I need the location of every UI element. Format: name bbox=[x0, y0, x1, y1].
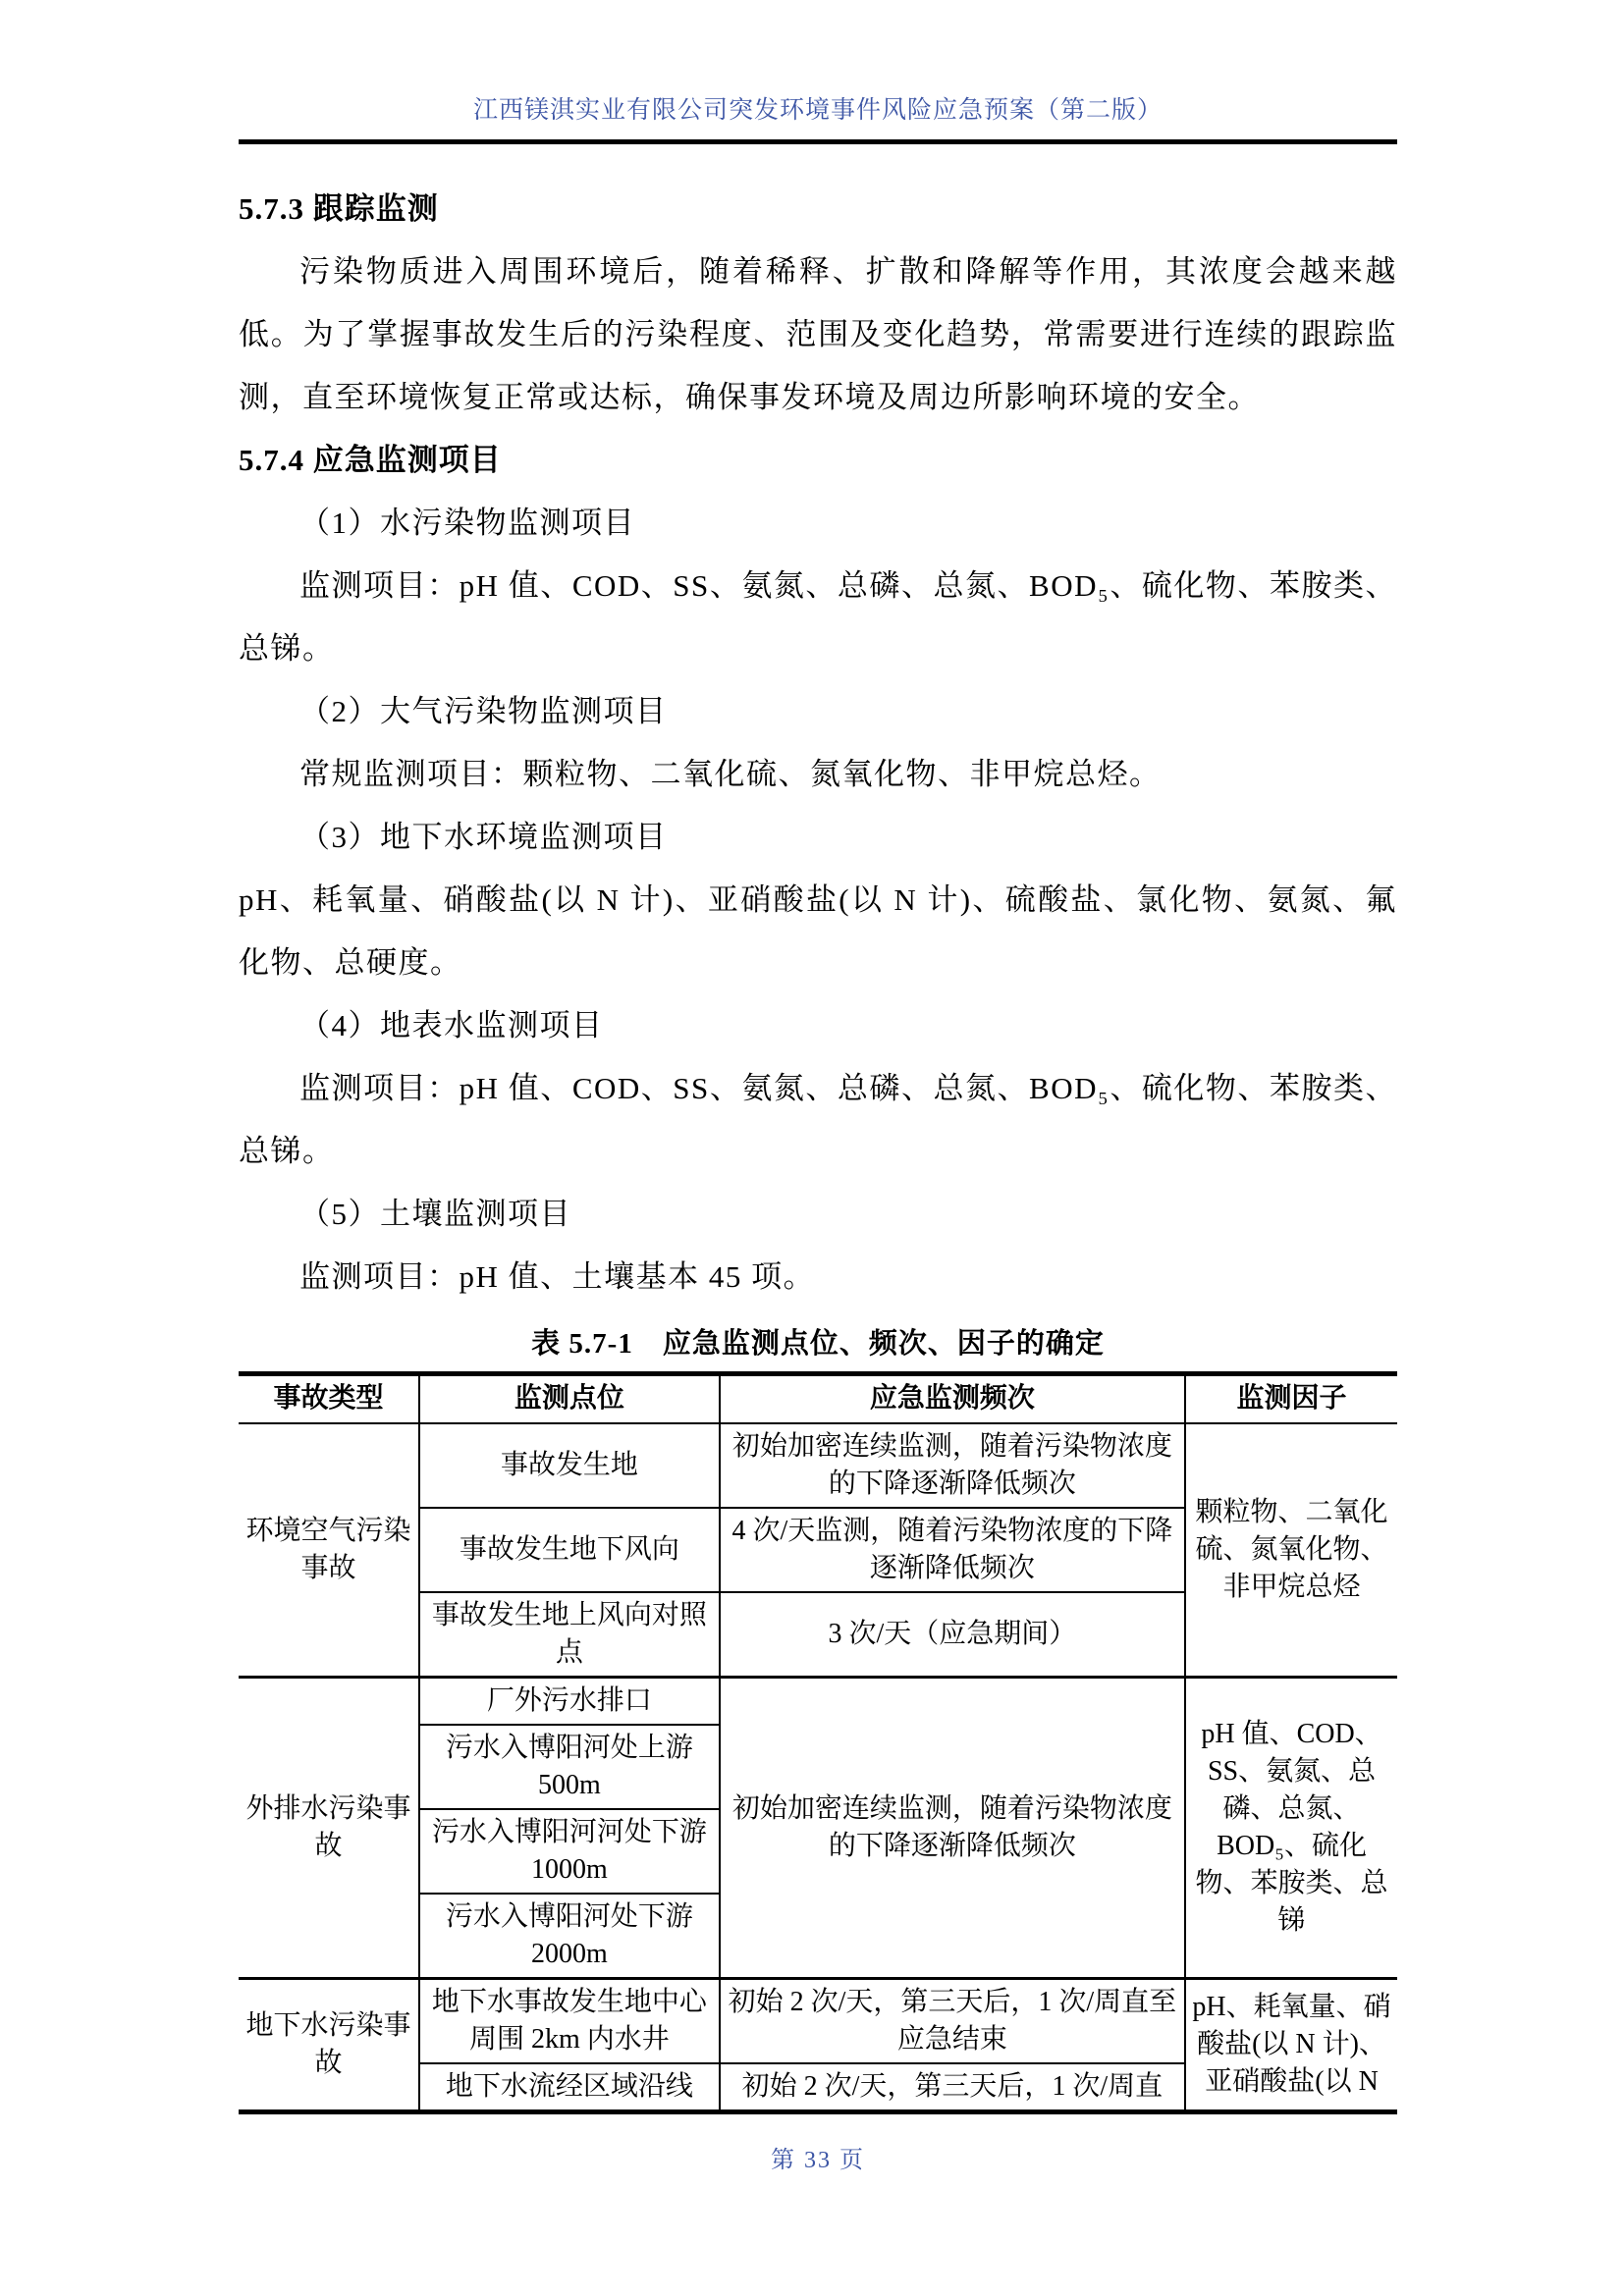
cell-point: 地下水事故发生地中心周围 2km 内水井 bbox=[419, 1979, 720, 2064]
cell-factor-air: 颗粒物、二氧化硫、氮氧化物、非甲烷总烃 bbox=[1185, 1423, 1397, 1678]
item-3-detail: pH、耗氧量、硝酸盐(以 N 计)、亚硝酸盐(以 N 计)、硫酸盐、氯化物、氨氮… bbox=[239, 869, 1397, 994]
document-body: 5.7.3 跟踪监测 污染物质进入周围环境后，随着稀释、扩散和降解等作用，其浓度… bbox=[239, 178, 1397, 2114]
cell-factor-groundwater: pH、耗氧量、硝酸盐(以 N 计)、亚硝酸盐(以 N bbox=[1185, 1979, 1397, 2112]
item-1-label: （1）水污染物监测项目 bbox=[239, 492, 1397, 555]
header-title: 江西镁淇实业有限公司突发环境事件风险应急预案（第二版） bbox=[239, 94, 1397, 128]
table-caption: 表 5.7-1 应急监测点位、频次、因子的确定 bbox=[239, 1316, 1397, 1371]
cell-point: 事故发生地 bbox=[419, 1423, 720, 1508]
col-header-accident-type: 事故类型 bbox=[239, 1374, 419, 1423]
cell-factor-wastewater: pH 值、COD、SS、氨氮、总磷、总氮、BOD₅、硫化物、苯胺类、总锑 bbox=[1185, 1677, 1397, 1979]
item-5-detail: 监测项目：pH 值、土壤基本 45 项。 bbox=[239, 1246, 1397, 1308]
document-page: 江西镁淇实业有限公司突发环境事件风险应急预案（第二版） 5.7.3 跟踪监测 污… bbox=[0, 0, 1624, 2296]
col-header-frequency: 应急监测频次 bbox=[720, 1374, 1185, 1423]
cell-frequency: 3 次/天（应急期间） bbox=[720, 1592, 1185, 1678]
cell-point: 厂外污水排口 bbox=[419, 1677, 720, 1725]
page-footer: 第 33 页 bbox=[239, 2140, 1397, 2174]
header-rule bbox=[239, 139, 1397, 144]
cell-frequency: 初始加密连续监测，随着污染物浓度的下降逐渐降低频次 bbox=[720, 1423, 1185, 1508]
cell-point: 事故发生地下风向 bbox=[419, 1508, 720, 1592]
cell-frequency: 初始 2 次/天，第三天后，1 次/周直 bbox=[720, 2063, 1185, 2112]
cell-point: 污水入博阳河河处下游 1000m bbox=[419, 1809, 720, 1894]
cell-accident-type-wastewater: 外排水污染事故 bbox=[239, 1677, 419, 1979]
cell-frequency: 初始 2 次/天，第三天后，1 次/周直至应急结束 bbox=[720, 1979, 1185, 2064]
section-heading-5-7-3: 5.7.3 跟踪监测 bbox=[239, 178, 1397, 240]
col-header-factor: 监测因子 bbox=[1185, 1374, 1397, 1423]
paragraph-tracking-monitoring: 污染物质进入周围环境后，随着稀释、扩散和降解等作用，其浓度会越来越低。为了掌握事… bbox=[239, 240, 1397, 429]
cell-accident-type-air: 环境空气污染事故 bbox=[239, 1423, 419, 1678]
cell-point: 地下水流经区域沿线 bbox=[419, 2063, 720, 2112]
item-4-label: （4）地表水监测项目 bbox=[239, 994, 1397, 1057]
item-3-label: （3）地下水环境监测项目 bbox=[239, 806, 1397, 869]
cell-point: 污水入博阳河处下游 2000m bbox=[419, 1894, 720, 1979]
col-header-monitor-point: 监测点位 bbox=[419, 1374, 720, 1423]
item-4-detail: 监测项目：pH 值、COD、SS、氨氮、总磷、总氮、BOD₅、硫化物、苯胺类、总… bbox=[239, 1057, 1397, 1183]
cell-point: 污水入博阳河处上游 500m bbox=[419, 1725, 720, 1809]
cell-frequency-merged: 初始加密连续监测，随着污染物浓度的下降逐渐降低频次 bbox=[720, 1677, 1185, 1979]
item-2-detail: 常规监测项目：颗粒物、二氧化硫、氮氧化物、非甲烷总烃。 bbox=[239, 743, 1397, 806]
monitoring-table: 事故类型 监测点位 应急监测频次 监测因子 环境空气污染事故 事故发生地 初始加… bbox=[239, 1371, 1397, 2114]
item-1-detail: 监测项目：pH 值、COD、SS、氨氮、总磷、总氮、BOD₅、硫化物、苯胺类、总… bbox=[239, 555, 1397, 680]
cell-point: 事故发生地上风向对照点 bbox=[419, 1592, 720, 1678]
item-2-label: （2）大气污染物监测项目 bbox=[239, 680, 1397, 743]
cell-accident-type-groundwater: 地下水污染事故 bbox=[239, 1979, 419, 2112]
cell-frequency: 4 次/天监测，随着污染物浓度的下降逐渐降低频次 bbox=[720, 1508, 1185, 1592]
page-header: 江西镁淇实业有限公司突发环境事件风险应急预案（第二版） bbox=[239, 0, 1397, 144]
item-5-label: （5）土壤监测项目 bbox=[239, 1183, 1397, 1246]
section-heading-5-7-4: 5.7.4 应急监测项目 bbox=[239, 429, 1397, 492]
